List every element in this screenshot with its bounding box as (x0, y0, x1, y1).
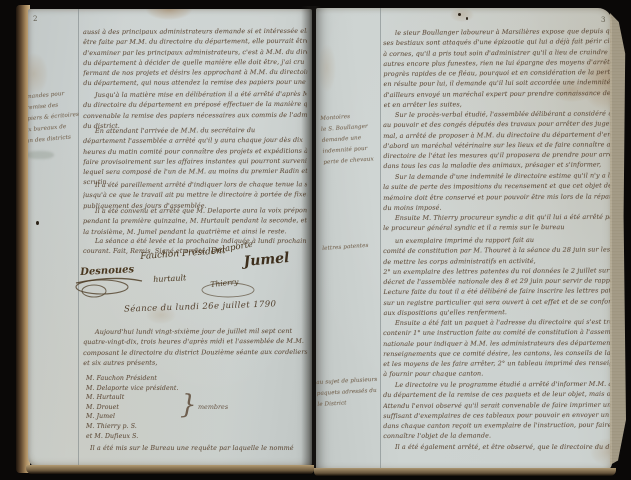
handwritten-line: du département, qui nous attendez la rem… (83, 77, 307, 88)
handwritten-line: La séance a été levée et la prochaine in… (83, 236, 307, 246)
signature: hurtault (153, 273, 186, 284)
page-number: 2 (33, 15, 37, 23)
handwritten-line: M. Thierry p. S. (86, 422, 236, 432)
handwritten-line: Il a été également arrêté, et être obser… (383, 442, 611, 452)
margin-note: Demandes pourla remise despapiers & écri… (28, 88, 85, 148)
ink-dot (458, 13, 461, 16)
page-number: 3 (601, 16, 605, 24)
handwritten-paragraph: Il a été convenu et arrêté que M. Delapo… (83, 205, 307, 237)
margin-note: lettres patentes (322, 240, 383, 255)
handwritten-paragraph: En attendant l'arrivée de M.M. du secrét… (83, 125, 307, 188)
signature-paraph (200, 279, 256, 299)
handwritten-line: Il a été pareillement arrêté d'indiquer … (83, 179, 307, 190)
handwritten-paragraph: Sur la demande d'une indemnité le direct… (383, 170, 611, 213)
attendance-brace: } (180, 390, 197, 420)
handwritten-paragraph: Il a été également arrêté, et être obser… (383, 442, 611, 452)
handwritten-paragraph: Ensuite a été fait un paquet à l'adresse… (383, 317, 611, 380)
ink-dot (36, 221, 39, 225)
page-fore-edge (610, 13, 626, 465)
handwritten-line: le District (317, 397, 381, 411)
handwritten-paragraph: Sur le procès-verbal étudié, l'assemblée… (383, 108, 611, 171)
closing-line: Il a été mis sur le Bureau une requête p… (90, 443, 310, 453)
signature-paraph (74, 277, 144, 299)
handwritten-line: connaître l'objet de la demande. (383, 430, 611, 441)
stain (450, 8, 474, 22)
handwritten-line: et six autres présents, (83, 357, 307, 368)
page-bottom-edge (26, 465, 314, 474)
handwritten-paragraph: Aujourd'hui lundi vingt-sixième jour de … (83, 326, 307, 368)
left-page: 2 Demandes pourla remise despapiers & éc… (28, 9, 312, 467)
session-heading: Séance du lundi 26e juillet 1790 (124, 299, 277, 314)
margin-note: Montoiresle S. Boullangerdemande uneinde… (320, 110, 384, 169)
stain (28, 53, 48, 95)
ink-dot (466, 17, 468, 20)
handwritten-line: M. Delaporte vice président. (86, 384, 236, 394)
handwritten-line: M. Jumel (86, 412, 236, 422)
handwritten-paragraph: un exemplaire imprimé du rapport fait au… (383, 234, 612, 318)
handwritten-line: M. Fauchon Président (86, 374, 236, 384)
margin-note: au sujet de plusieurspaquets adressés du… (316, 375, 382, 411)
handwritten-line: Il a été convenu et arrêté que M. Delapo… (83, 205, 307, 216)
handwritten-paragraph: le sieur Boullanger laboureur à Marsiliè… (383, 26, 612, 110)
handwritten-paragraph: Le directoire vu le programme étudié a a… (383, 379, 611, 442)
handwritten-line: jusqu'à ce que le travail ait pu mettre … (83, 190, 307, 201)
stain (146, 9, 192, 20)
handwritten-paragraph: aussi à des principaux administrateurs d… (83, 26, 307, 89)
handwritten-line: le procureur général syndic et il a remi… (383, 222, 611, 233)
attendance-brace-label: membres (198, 403, 228, 411)
manuscript-scan: 2 Demandes pourla remise despapiers & éc… (0, 0, 631, 480)
pencil-mark (28, 151, 54, 159)
signature: Desnoues (80, 264, 134, 278)
stain (318, 44, 336, 92)
margin-rule (78, 9, 79, 467)
handwritten-paragraph: Ensuite M. Thierry procureur syndic a di… (383, 212, 611, 234)
signature: Jumel (243, 250, 290, 270)
right-page: 3 Montoiresle S. Boullangerdemande unein… (316, 8, 612, 471)
handwritten-line: et M. Dufieux S. (86, 432, 236, 442)
handwritten-line: M. Hurtault (86, 393, 236, 403)
page-bottom-edge (314, 468, 616, 476)
handwritten-line: pendant la première quinzaine, M. Hurtau… (83, 216, 307, 227)
